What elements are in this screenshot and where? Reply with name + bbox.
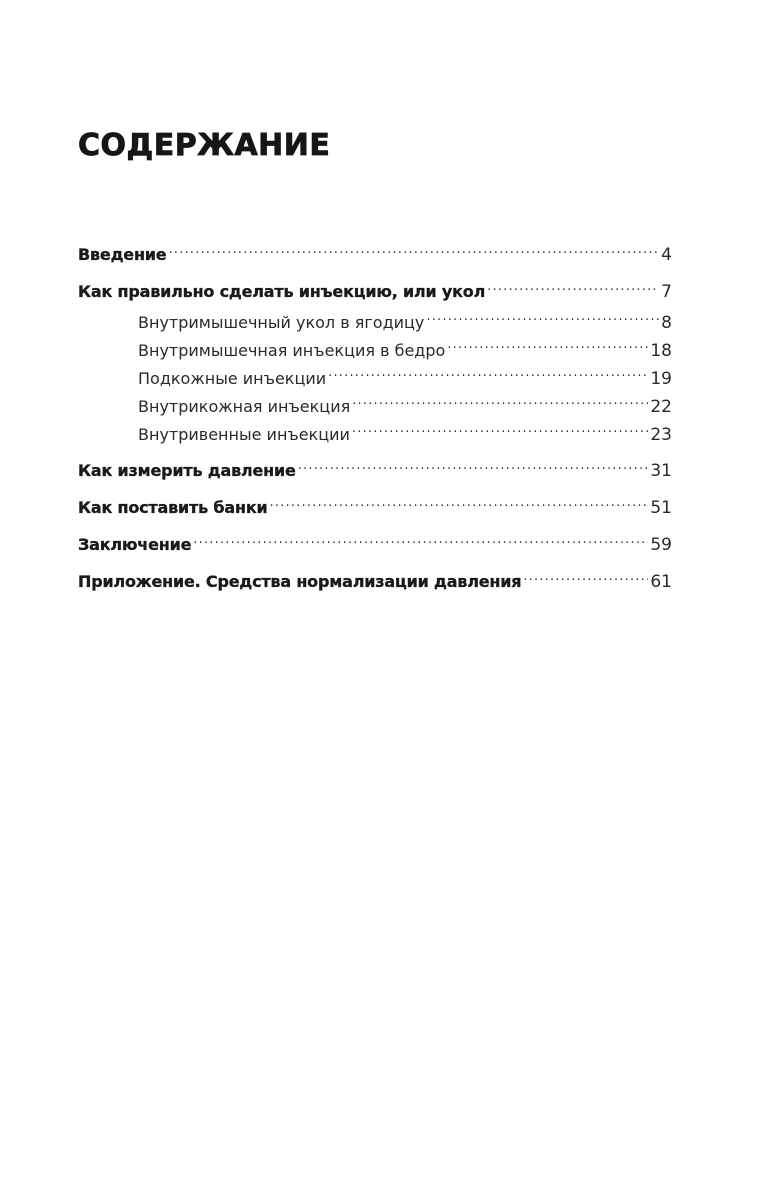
dot-leader: [447, 340, 648, 356]
toc-subentry-intradermal[interactable]: Внутрикожная инъекция 22: [78, 393, 672, 421]
dot-leader: [487, 281, 659, 297]
toc-entry-label: Внутрикожная инъекция: [138, 393, 350, 421]
toc-entry-page: 22: [650, 393, 672, 421]
toc-entry-appendix[interactable]: Приложение. Средства нормализации давлен…: [78, 568, 672, 595]
toc-entry-page: 8: [661, 309, 672, 337]
toc-entry-label: Приложение. Средства нормализации давлен…: [78, 568, 521, 595]
table-of-contents: Введение 4 Как правильно сделать инъекци…: [78, 241, 672, 605]
toc-subentry-subcutaneous[interactable]: Подкожные инъекции 19: [78, 365, 672, 393]
dot-leader: [328, 368, 648, 384]
toc-entry-label: Введение: [78, 241, 166, 268]
toc-entry-introduction[interactable]: Введение 4: [78, 241, 672, 268]
toc-subentry-buttock-injection[interactable]: Внутримышечный укол в ягодицу 8: [78, 309, 672, 337]
toc-entry-page: 31: [650, 458, 672, 485]
toc-entry-page: 51: [650, 495, 672, 522]
toc-entry-label: Как правильно сделать инъекцию, или укол: [78, 278, 485, 305]
toc-entry-page: 7: [661, 279, 672, 306]
toc-entry-page: 23: [650, 421, 672, 449]
dot-leader: [426, 312, 659, 328]
toc-entry-label: Заключение: [78, 531, 191, 558]
dot-leader: [168, 244, 659, 260]
toc-entry-page: 61: [650, 569, 672, 596]
toc-entry-label: Внутримышечная инъекция в бедро: [138, 337, 445, 365]
toc-entry-page: 18: [650, 337, 672, 365]
toc-entry-label: Как измерить давление: [78, 457, 296, 484]
dot-leader: [193, 534, 648, 550]
toc-entry-blood-pressure[interactable]: Как измерить давление 31: [78, 457, 672, 484]
dot-leader: [523, 571, 648, 587]
toc-entry-label: Внутримышечный укол в ягодицу: [138, 309, 424, 337]
toc-entry-label: Подкожные инъекции: [138, 365, 326, 393]
dot-leader: [298, 460, 649, 476]
toc-entry-conclusion[interactable]: Заключение 59: [78, 531, 672, 558]
page-title: СОДЕРЖАНИЕ: [78, 128, 330, 163]
dot-leader: [270, 497, 649, 513]
toc-subentry-intravenous[interactable]: Внутривенные инъекции 23: [78, 421, 672, 449]
toc-subentry-thigh-injection[interactable]: Внутримышечная инъекция в бедро 18: [78, 337, 672, 365]
dot-leader: [352, 424, 648, 440]
toc-entry-page: 19: [650, 365, 672, 393]
toc-entry-page: 59: [650, 532, 672, 559]
toc-entry-cupping[interactable]: Как поставить банки 51: [78, 494, 672, 521]
toc-entry-injection[interactable]: Как правильно сделать инъекцию, или укол…: [78, 278, 672, 305]
toc-entry-label: Внутривенные инъекции: [138, 421, 350, 449]
toc-entry-page: 4: [661, 242, 672, 269]
dot-leader: [352, 396, 648, 412]
toc-entry-label: Как поставить банки: [78, 494, 268, 521]
